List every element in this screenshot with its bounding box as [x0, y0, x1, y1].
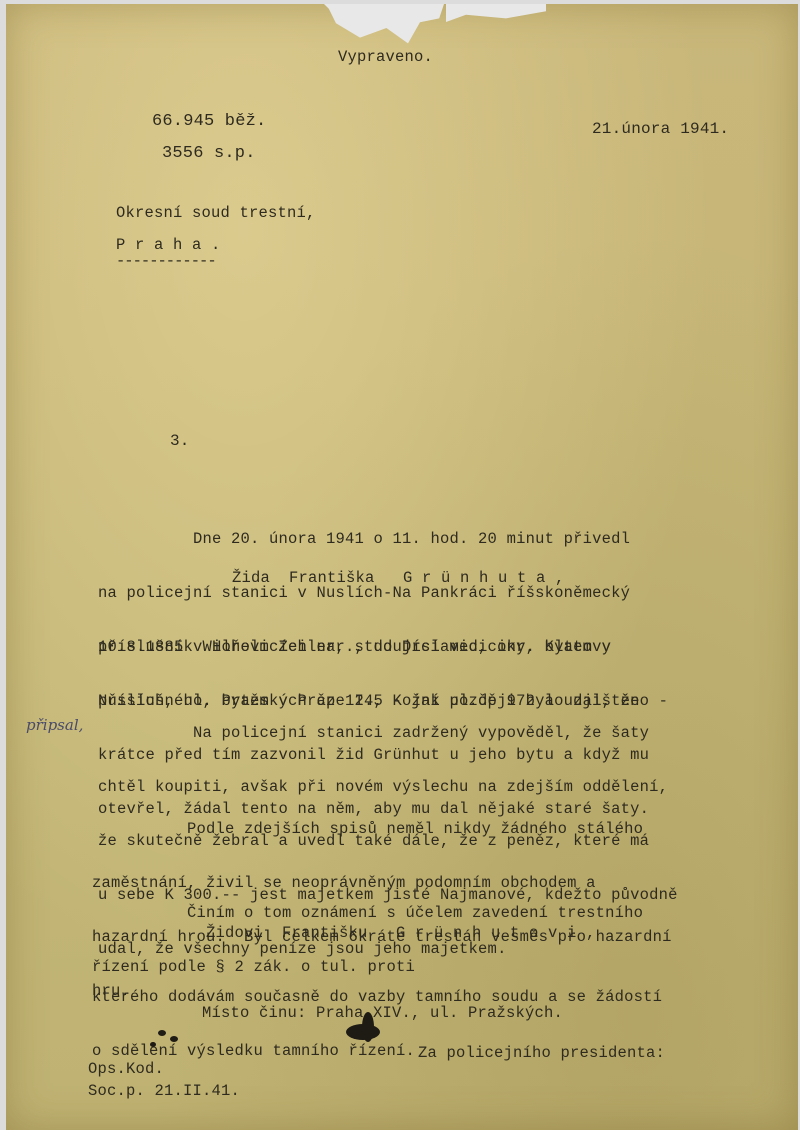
torn-edge [324, 4, 444, 52]
text-line: Podle zdejších spisů neměl nikdy žádného… [92, 820, 672, 838]
ink-blot [362, 1012, 374, 1042]
document-date: 21.února 1941. [592, 120, 729, 138]
named-person: Žida Františka G r ü n h u t a , [232, 569, 565, 587]
addressee-court: Okresní soud trestní, [116, 204, 316, 222]
text-line: 10.8.1885 v Hořovicích nar., do Drslavic… [98, 638, 649, 656]
ink-blot [158, 1030, 166, 1036]
text-line: Dne 20. února 1941 o 11. hod. 20 minut p… [98, 530, 668, 548]
addressee-underline: ------------ [116, 252, 216, 270]
footer-dispatch-date: Soc.p. 21.II.41. [88, 1082, 240, 1100]
ink-blot [170, 1036, 178, 1042]
accused-person: Židovi Františku G r ü n h u t o v i , [206, 924, 596, 942]
ink-blot [150, 1042, 156, 1047]
signature-line: Za policejního presidenta: [418, 1044, 665, 1062]
text-line: Činím o tom oznámení s účelem zavedení t… [92, 904, 643, 922]
footer-office-code: Ops.Kod. [88, 1060, 164, 1078]
reference-number: 66.945 běž. [152, 112, 266, 131]
handwritten-note: připsal, [26, 716, 83, 734]
dispatch-stamp: Vypraveno. [338, 48, 433, 66]
section-number: 3. [170, 432, 190, 450]
document-page: Vypraveno. 66.945 běž. 3556 s.p. 21.únor… [6, 4, 798, 1130]
text-line: Na policejní stanici zadržený vypověděl,… [98, 724, 678, 742]
place-of-offense: Místo činu: Praha XIV., ul. Pražských. [202, 1004, 563, 1022]
reference-number-secondary: 3556 s.p. [162, 144, 256, 163]
paragraph-6: kterého dodávám současně do vazby tamníh… [92, 952, 662, 1096]
torn-edge [446, 4, 546, 22]
